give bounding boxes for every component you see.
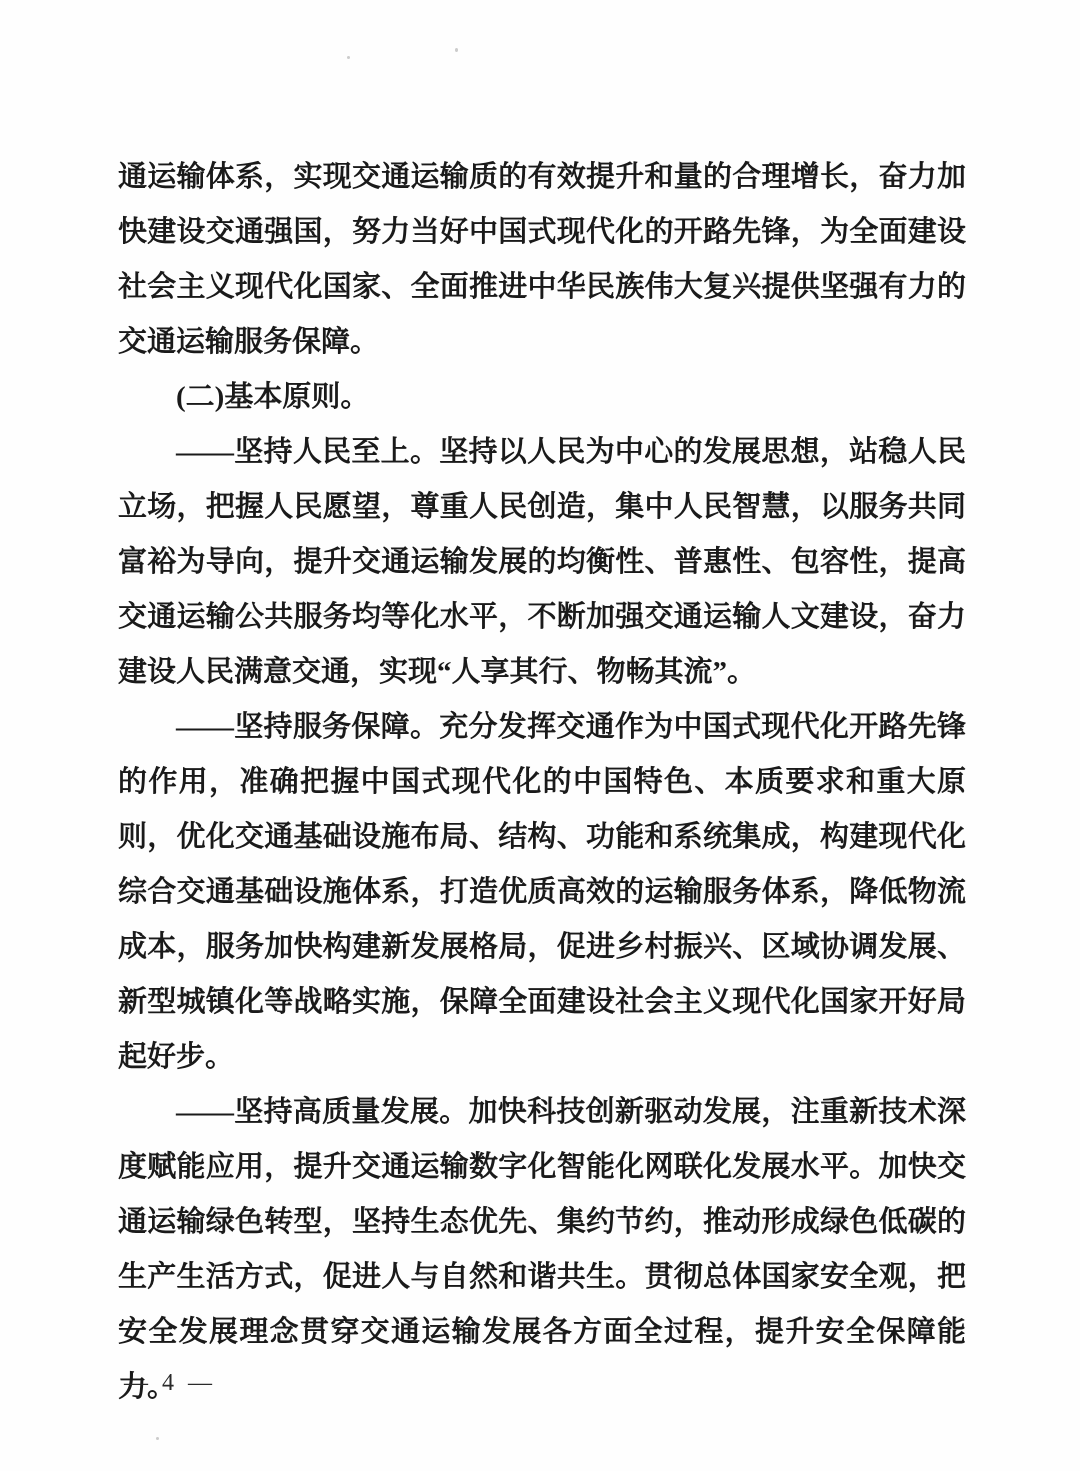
section-heading-basic-principles: (二)基本原则。: [118, 370, 966, 425]
paragraph-high-quality-development: ——坚持高质量发展。加快科技创新驱动发展，注重新技术深度赋能应用，提升交通运输数…: [118, 1085, 966, 1415]
page-number: — 4 —: [124, 1368, 216, 1398]
paragraph-people-first: ——坚持人民至上。坚持以人民为中心的发展思想，站稳人民立场，把握人民愿望，尊重人…: [118, 425, 966, 700]
scanned-document-page: 通运输体系，实现交通运输质的有效提升和量的合理增长，奋力加快建设交通强国，努力当…: [0, 0, 1080, 1471]
paragraph-continuation: 通运输体系，实现交通运输质的有效提升和量的合理增长，奋力加快建设交通强国，努力当…: [118, 150, 966, 370]
scan-speckle: [347, 56, 350, 59]
scan-speckle: [156, 1437, 159, 1440]
document-body: 通运输体系，实现交通运输质的有效提升和量的合理增长，奋力加快建设交通强国，努力当…: [118, 150, 966, 1415]
paragraph-service-guarantee: ——坚持服务保障。充分发挥交通作为中国式现代化开路先锋的作用，准确把握中国式现代…: [118, 700, 966, 1085]
scan-speckle: [455, 48, 458, 52]
